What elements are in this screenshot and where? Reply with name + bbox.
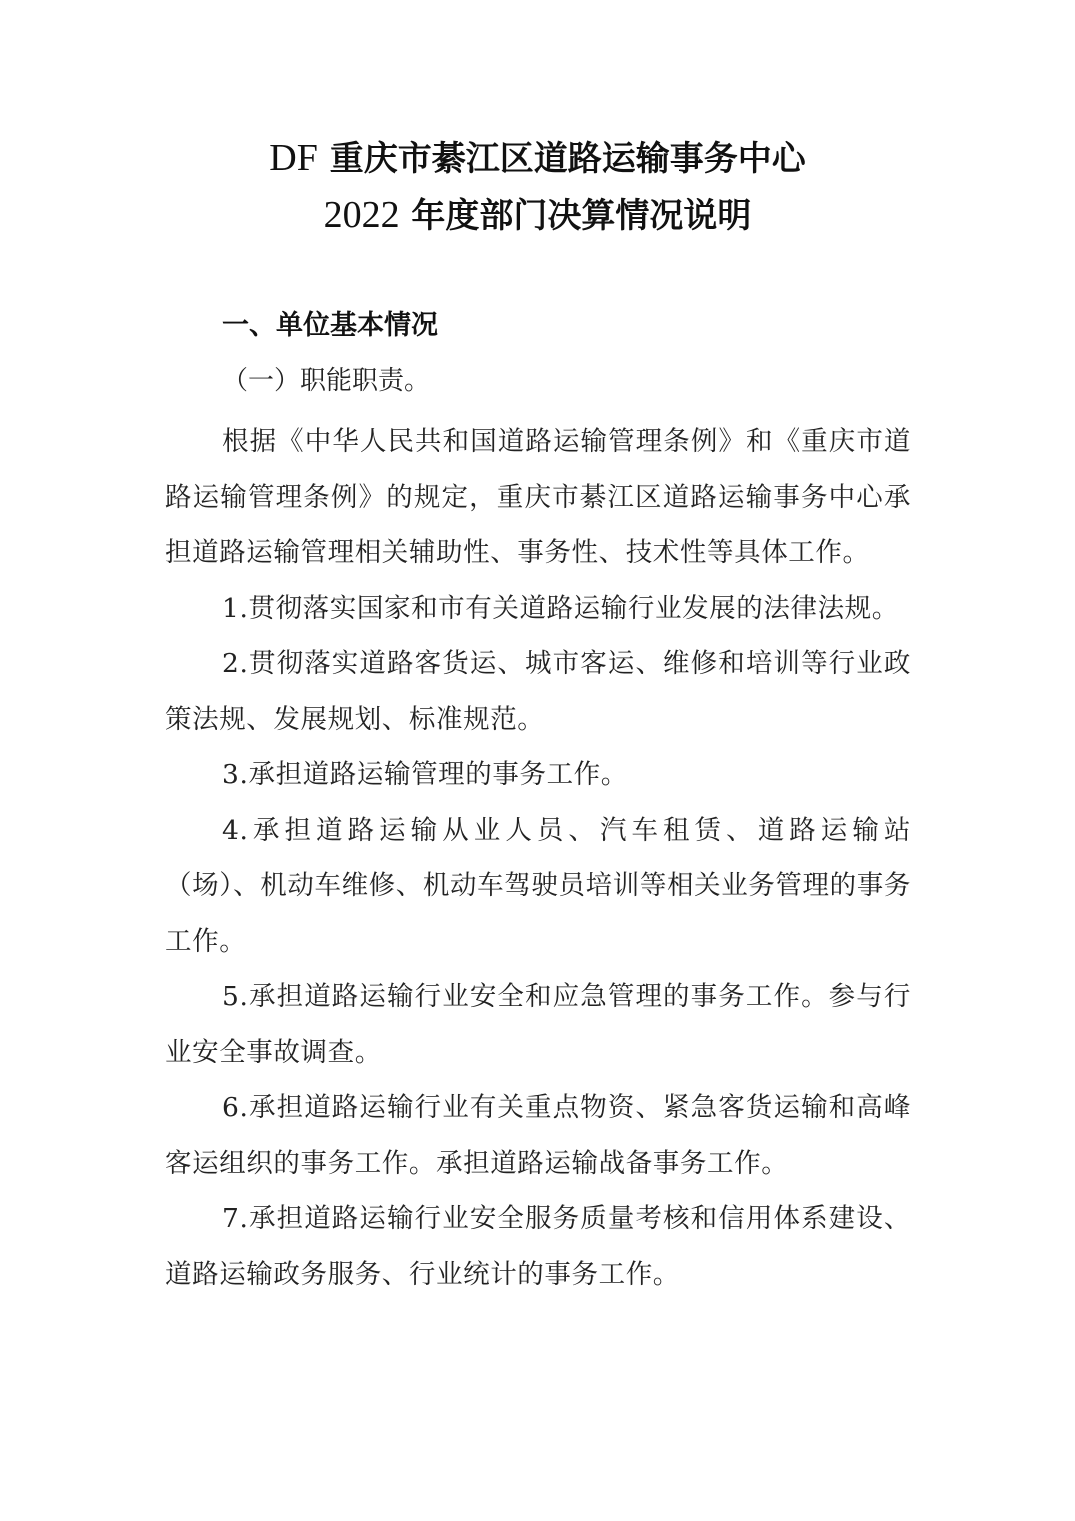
document-body: 根据《中华人民共和国道路运输管理条例》和《重庆市道路运输管理条例》的规定，重庆市… <box>165 414 911 1302</box>
paragraph-item-1: 1.贯彻落实国家和市有关道路运输行业发展的法律法规。 <box>165 581 911 637</box>
paragraph-item-4: 4.承担道路运输从业人员、汽车租赁、道路运输站（场）、机动车维修、机动车驾驶员培… <box>165 803 911 970</box>
title-line-1: DF 重庆市綦江区道路运输事务中心 <box>0 130 1075 187</box>
paragraph-item-5: 5.承担道路运输行业安全和应急管理的事务工作。参与行业安全事故调查。 <box>165 969 911 1080</box>
title-year: 2022 <box>324 194 400 236</box>
title-prefix: DF <box>269 137 318 179</box>
section-heading: 一、单位基本情况 <box>222 306 438 346</box>
paragraph-intro: 根据《中华人民共和国道路运输管理条例》和《重庆市道路运输管理条例》的规定，重庆市… <box>165 414 911 581</box>
paragraph-item-3: 3.承担道路运输管理的事务工作。 <box>165 747 911 803</box>
paragraph-item-6: 6.承担道路运输行业有关重点物资、紧急客货运输和高峰客运组织的事务工作。承担道路… <box>165 1080 911 1191</box>
title-subject: 年度部门决算情况说明 <box>411 196 751 236</box>
document-title: DF 重庆市綦江区道路运输事务中心 2022 年度部门决算情况说明 <box>0 130 1075 244</box>
paragraph-item-2: 2.贯彻落实道路客货运、城市客运、维修和培训等行业政策法规、发展规划、标准规范。 <box>165 636 911 747</box>
title-org-name: 重庆市綦江区道路运输事务中心 <box>330 139 806 179</box>
title-line-2: 2022 年度部门决算情况说明 <box>0 187 1075 244</box>
subsection-heading: （一）职能职责。 <box>222 361 430 401</box>
paragraph-item-7: 7.承担道路运输行业安全服务质量考核和信用体系建设、道路运输政务服务、行业统计的… <box>165 1191 911 1302</box>
